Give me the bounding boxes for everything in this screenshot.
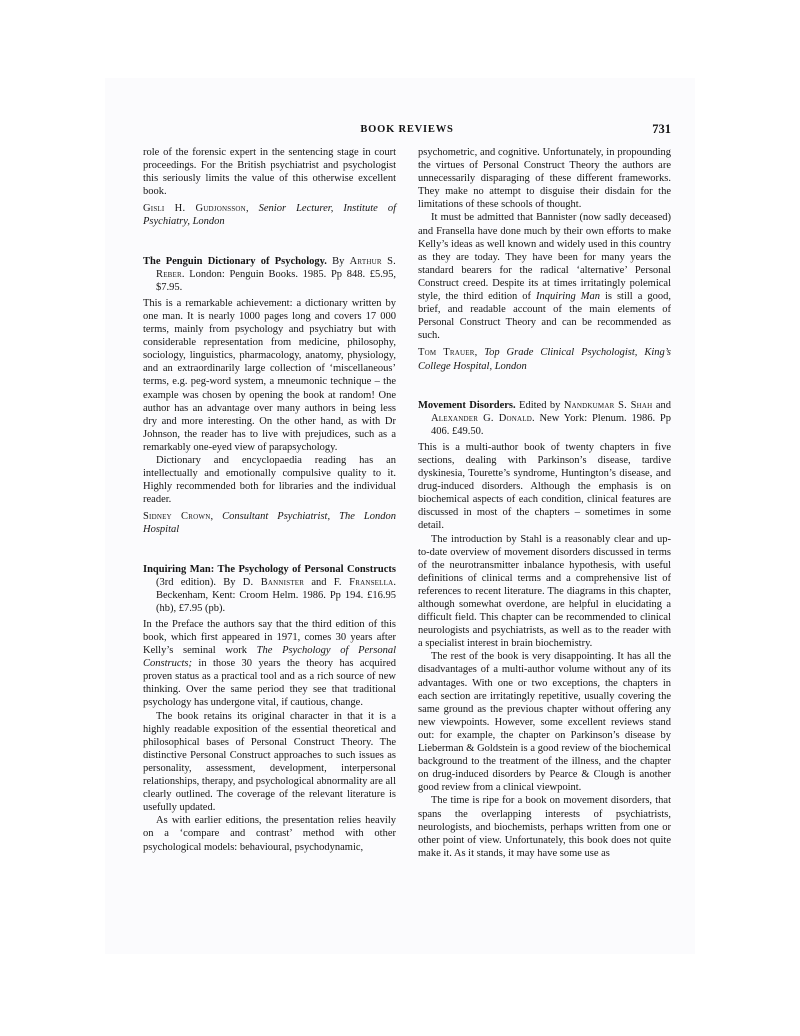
review-paragraph: The book retains its original character … <box>143 710 396 815</box>
column-left: role of the forensic expert in the sente… <box>143 146 396 860</box>
page-number: 731 <box>652 122 671 137</box>
reviewer-signature: Tom Trauer, Top Grade Clinical Psycholog… <box>418 346 671 372</box>
running-head: BOOK REVIEWS <box>360 124 453 135</box>
review-paragraph: role of the forensic expert in the sente… <box>143 146 396 198</box>
journal-page: BOOK REVIEWS 731 role of the forensic ex… <box>105 78 695 954</box>
column-right: psychometric, and cognitive. Unfortunate… <box>418 146 671 860</box>
review-paragraph: As with earlier editions, the presentati… <box>143 814 396 853</box>
review-paragraph: This is a multi-author book of twenty ch… <box>418 441 671 533</box>
book-citation: Movement Disorders. Edited by Nandkumar … <box>418 399 671 438</box>
review-paragraph: It must be admitted that Bannister (now … <box>418 211 671 342</box>
review-paragraph: psychometric, and cognitive. Unfortunate… <box>418 146 671 211</box>
review-paragraph: The introduction by Stahl is a reasonabl… <box>418 533 671 651</box>
reviewer-signature: Gisli H. Gudjonsson, Senior Lecturer, In… <box>143 202 396 228</box>
review-paragraph: Dictionary and encyclopaedia reading has… <box>143 454 396 506</box>
book-citation: The Penguin Dictionary of Psychology. By… <box>143 255 396 294</box>
review-paragraph: The rest of the book is very disappointi… <box>418 650 671 794</box>
review-paragraph: This is a remarkable achievement: a dict… <box>143 297 396 454</box>
page-header: BOOK REVIEWS 731 <box>143 122 671 138</box>
text-columns: role of the forensic expert in the sente… <box>143 146 671 860</box>
reviewer-signature: Sidney Crown, Consultant Psychiatrist, T… <box>143 510 396 536</box>
book-citation: Inquiring Man: The Psychology of Persona… <box>143 563 396 615</box>
review-paragraph: The time is ripe for a book on movement … <box>418 794 671 859</box>
review-paragraph: In the Preface the authors say that the … <box>143 618 396 710</box>
